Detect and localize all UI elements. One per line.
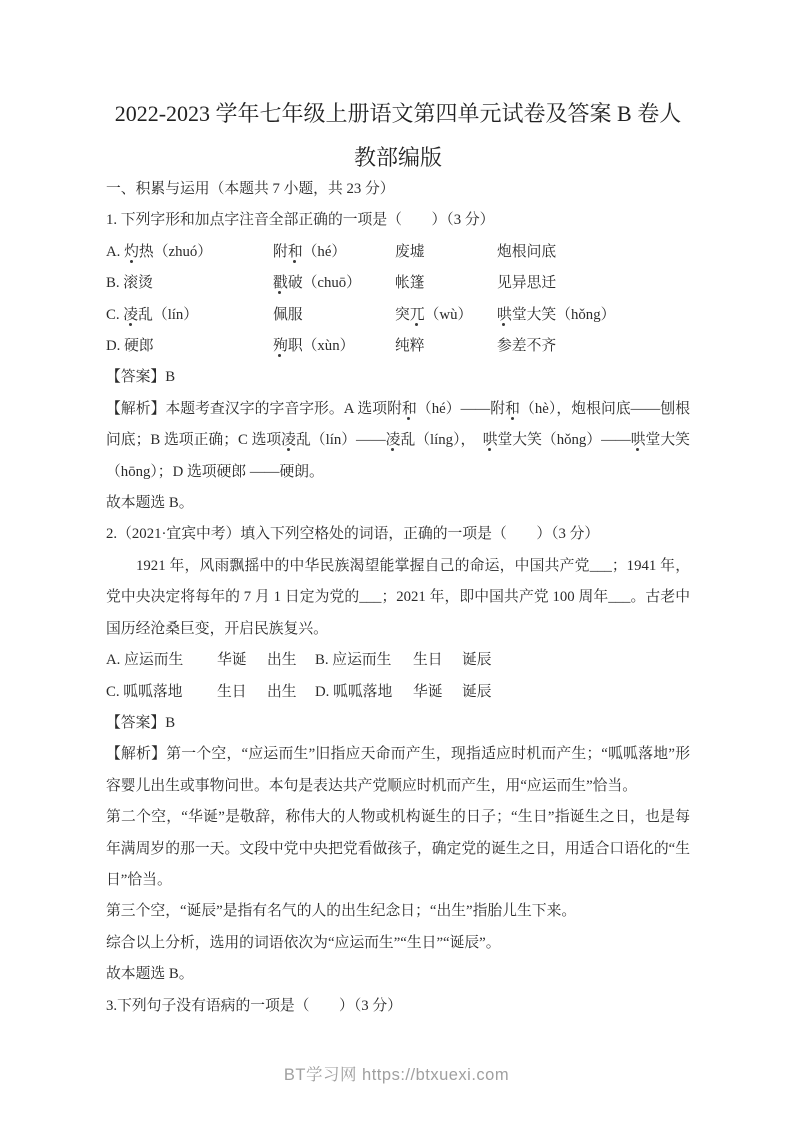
q1-option-d-col3: 纯粹 <box>395 331 497 362</box>
q2-option-row-cd: C. 呱呱落地 生日 出生 D. 呱呱落地 华诞 诞辰 <box>106 677 690 708</box>
q2-conclusion: 故本题选 B。 <box>106 959 690 990</box>
q2-option-c-word3: 出生 <box>267 677 315 708</box>
q1-option-a-col2: 附和（hé） <box>273 237 395 268</box>
q1-conclusion: 故本题选 B。 <box>106 488 690 519</box>
q1-option-row-a: A. 灼热（zhuó） 附和（hé） 废墟 炮根问底 <box>106 237 690 268</box>
q1-option-a-col4: 炮根问底 <box>497 237 690 268</box>
q2-option-b-label: B. 应运而生 <box>315 645 413 676</box>
q1-option-b-col3: 帐篷 <box>395 268 497 299</box>
q1-answer: 【答案】B <box>106 362 690 393</box>
q2-stem: 2.（2021·宜宾中考）填入下列空格处的词语，正确的一项是（ ）（3 分） <box>106 519 690 550</box>
q1-option-a-col3: 废墟 <box>395 237 497 268</box>
q1-option-d-col1: D. 硬郎 <box>106 331 273 362</box>
q1-option-b-col2: 戳破（chuō） <box>273 268 395 299</box>
q1-option-c-col3: 突兀（wù） <box>395 300 497 331</box>
q1-stem: 1. 下列字形和加点字注音全部正确的一项是（ ）（3 分） <box>106 205 690 236</box>
q2-analysis-p1: 【解析】第一个空，“应运而生”旧指应天命而产生，现指适应时机而产生；“呱呱落地”… <box>106 739 690 802</box>
q1-option-b-col4: 见异思迁 <box>497 268 690 299</box>
q2-passage: 1921 年，风雨飘摇中的中华民族渴望能掌握自己的命运，中国共产党___；194… <box>106 551 690 645</box>
q1-option-c-col1: C. 凌乱（lín） <box>106 300 273 331</box>
q1-option-a-col1: A. 灼热（zhuó） <box>106 237 273 268</box>
exam-title: 2022-2023 学年七年级上册语文第四单元试卷及答案 B 卷人 教部编版 <box>106 92 690 180</box>
exam-title-line2: 教部编版 <box>354 145 442 170</box>
q2-option-row-ab: A. 应运而生 华诞 出生 B. 应运而生 生日 诞辰 <box>106 645 690 676</box>
q1-option-d-col2: 殉职（xùn） <box>273 331 395 362</box>
q1-option-row-b: B. 滚烫 戳破（chuō） 帐篷 见异思迁 <box>106 268 690 299</box>
exam-title-line1: 2022-2023 学年七年级上册语文第四单元试卷及答案 B 卷人 <box>115 101 682 126</box>
q2-analysis-p2: 第二个空，“华诞”是敬辞，称伟大的人物或机构诞生的日子；“生日”指诞生之日，也是… <box>106 802 690 896</box>
q1-option-b-col1: B. 滚烫 <box>106 268 273 299</box>
q2-option-a-word3: 出生 <box>267 645 315 676</box>
q2-option-d-word3: 诞辰 <box>462 677 690 708</box>
q1-option-row-d: D. 硬郎 殉职（xùn） 纯粹 参差不齐 <box>106 331 690 362</box>
q1-option-d-col4: 参差不齐 <box>497 331 690 362</box>
q3-stem: 3.下列句子没有语病的一项是（ ）（3 分） <box>106 991 690 1022</box>
q2-option-c-label: C. 呱呱落地 <box>106 677 217 708</box>
q2-analysis-p4: 综合以上分析，选用的词语依次为“应运而生”“生日”“诞辰”。 <box>106 928 690 959</box>
q2-option-b-word3: 诞辰 <box>462 645 690 676</box>
q2-answer: 【答案】B <box>106 708 690 739</box>
q2-option-b-word2: 生日 <box>413 645 462 676</box>
q2-option-d-word2: 华诞 <box>413 677 462 708</box>
q1-option-c-col2: 佩服 <box>273 300 395 331</box>
q1-option-row-c: C. 凌乱（lín） 佩服 突兀（wù） 哄堂大笑（hǒng） <box>106 300 690 331</box>
q2-option-d-label: D. 呱呱落地 <box>315 677 413 708</box>
q1-analysis: 【解析】本题考查汉字的字音字形。A 选项附和（hé）——附和（hè），炮根问底—… <box>106 394 690 488</box>
q2-analysis-p3: 第三个空，“诞辰”是指有名气的人的出生纪念日；“出生”指胎儿生下来。 <box>106 896 690 927</box>
footer-watermark: BT学习网 https://btxuexi.com <box>0 1061 793 1085</box>
q2-option-c-word2: 生日 <box>217 677 267 708</box>
q1-option-c-col4: 哄堂大笑（hǒng） <box>497 300 690 331</box>
q2-option-a-label: A. 应运而生 <box>106 645 217 676</box>
exam-document-page: 2022-2023 学年七年级上册语文第四单元试卷及答案 B 卷人 教部编版 一… <box>0 0 793 1122</box>
q2-option-a-word2: 华诞 <box>217 645 267 676</box>
